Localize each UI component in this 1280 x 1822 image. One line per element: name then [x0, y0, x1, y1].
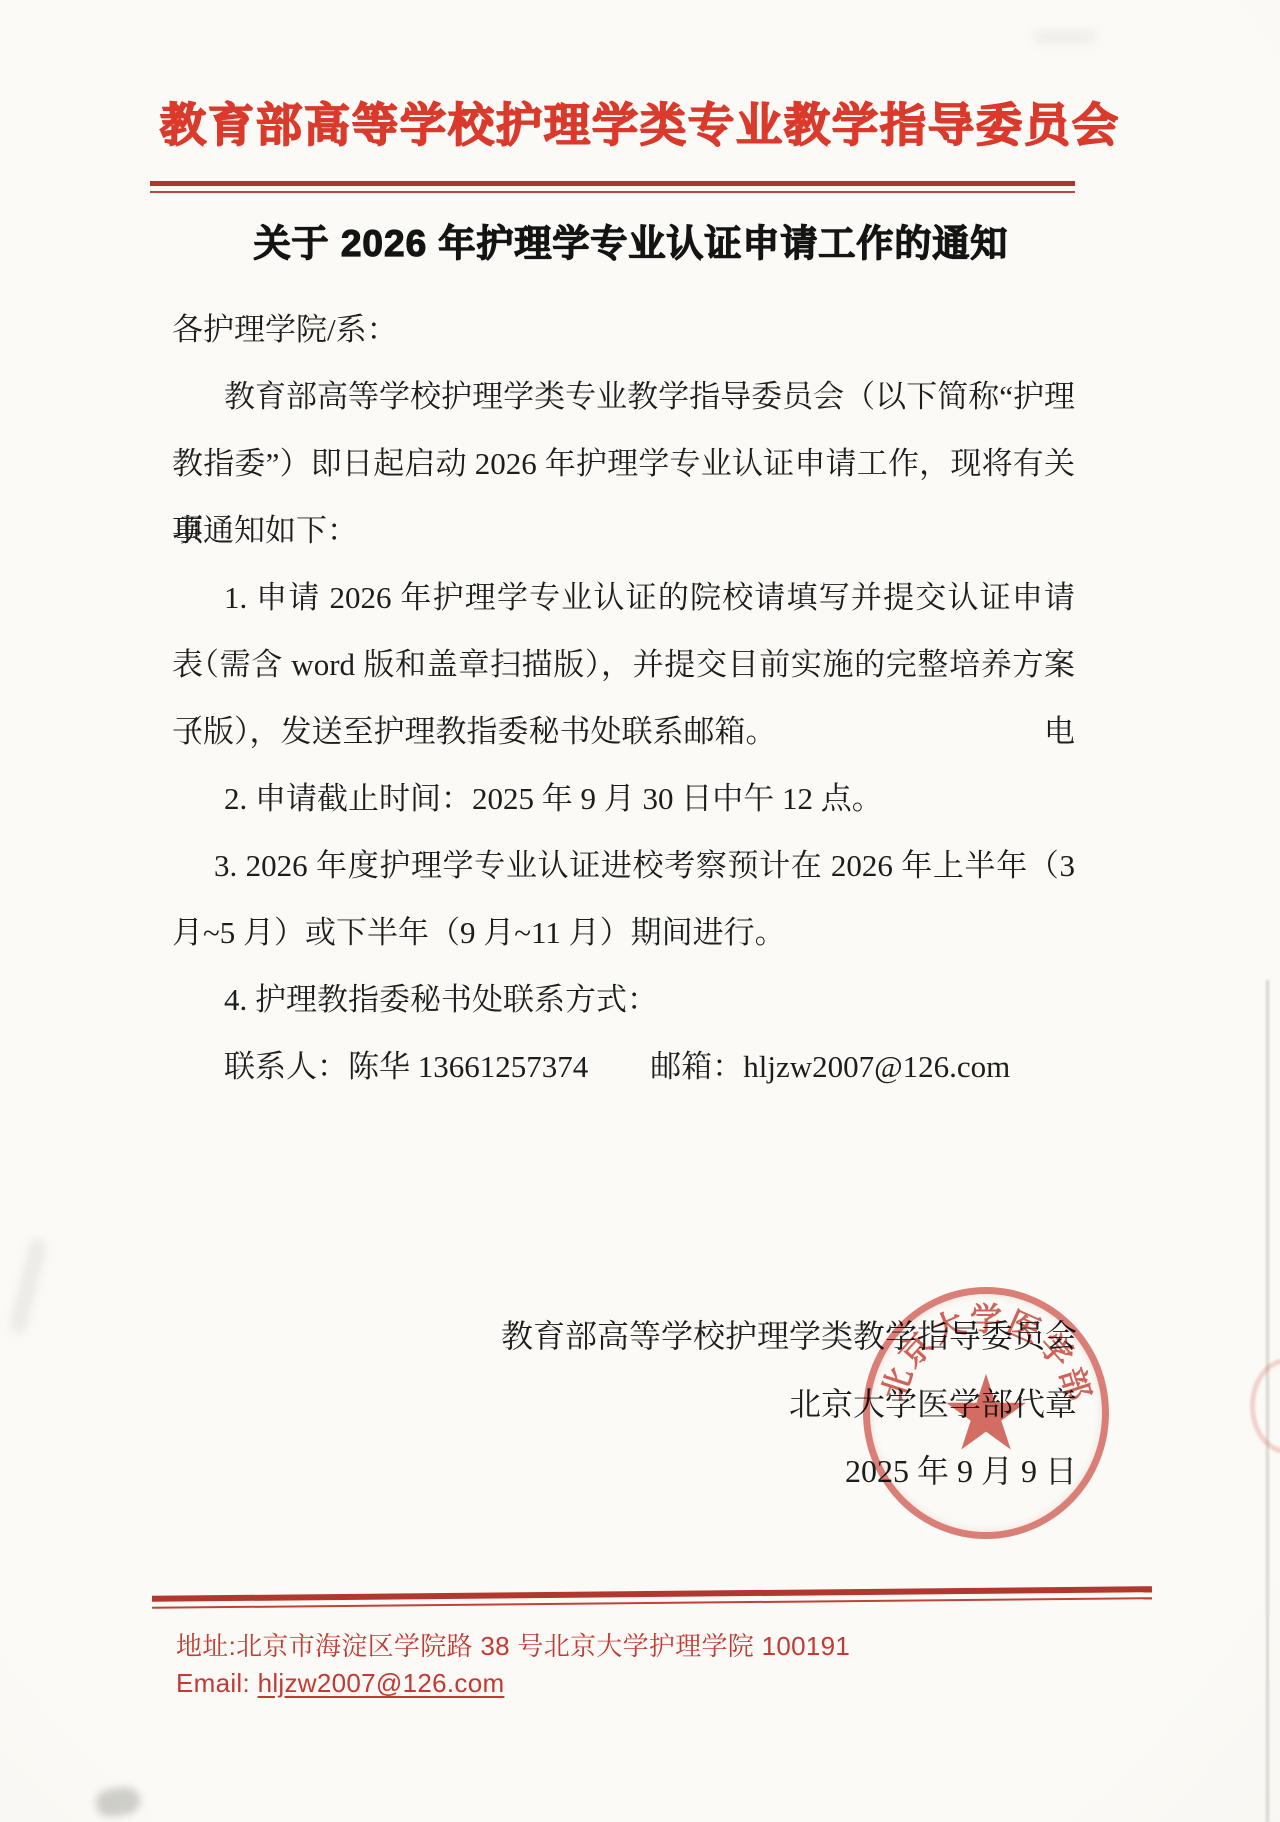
body-item1-line3: 子版），发送至护理教指委秘书处联系邮箱。 [172, 698, 1075, 765]
stamp-bleed-mark [1250, 1358, 1280, 1454]
body-item1-line1: 1. 申请 2026 年护理学专业认证的院校请填写并提交认证申请表 [172, 564, 1075, 631]
body-para1-line1: 教育部高等学校护理学类专业教学指导委员会（以下简称“护理 [172, 363, 1075, 430]
footer-email-line: Email: hljzw2007@126.com [176, 1667, 504, 1699]
header-double-rule [150, 181, 1075, 193]
body-item3-line1: 3. 2026 年度护理学专业认证进校考察预计在 2026 年上半年（3 [172, 832, 1075, 899]
notice-title: 关于 2026 年护理学专业认证申请工作的通知 [0, 221, 1262, 267]
body-contact-line: 联系人：陈华 13661257374 邮箱：hljzw2007@126.com [172, 1033, 1075, 1100]
official-seal: ★ 北京大学医学部 [863, 1287, 1109, 1539]
body-item4: 4. 护理教指委秘书处联系方式： [172, 966, 1075, 1033]
scan-smudge-left [9, 1237, 48, 1334]
footer-double-rule [152, 1586, 1152, 1609]
header-org-title: 教育部高等学校护理学类专业教学指导委员会 [0, 97, 1280, 153]
body-item2: 2. 申请截止时间：2025 年 9 月 30 日中午 12 点。 [172, 765, 1075, 832]
body-salutation: 各护理学院/系： [172, 296, 1075, 363]
body-item1-line2: （需含 word 版和盖章扫描版），并提交目前实施的完整培养方案（电 [172, 631, 1075, 698]
footer-address: 地址:北京市海淀区学院路 38 号北京大学护理学院 100191 [176, 1630, 850, 1662]
scanned-notice-page: 教育部高等学校护理学类专业教学指导委员会 关于 2026 年护理学专业认证申请工… [0, 0, 1280, 1822]
body-para1-line2: 教指委”）即日起启动 2026 年护理学专业认证申请工作，现将有关事 [172, 430, 1075, 497]
footer-email-address: hljzw2007@126.com [258, 1668, 505, 1698]
scan-smudge-top [1035, 30, 1095, 44]
scan-smudge-corner [94, 1785, 141, 1819]
body-item3-line2: 月~5 月）或下半年（9 月~11 月）期间进行。 [172, 899, 1075, 966]
seal-ring-char: 学 [969, 1302, 1003, 1336]
body-para1-line3: 项通知如下： [172, 497, 1075, 564]
footer-email-label: Email: [176, 1668, 258, 1698]
